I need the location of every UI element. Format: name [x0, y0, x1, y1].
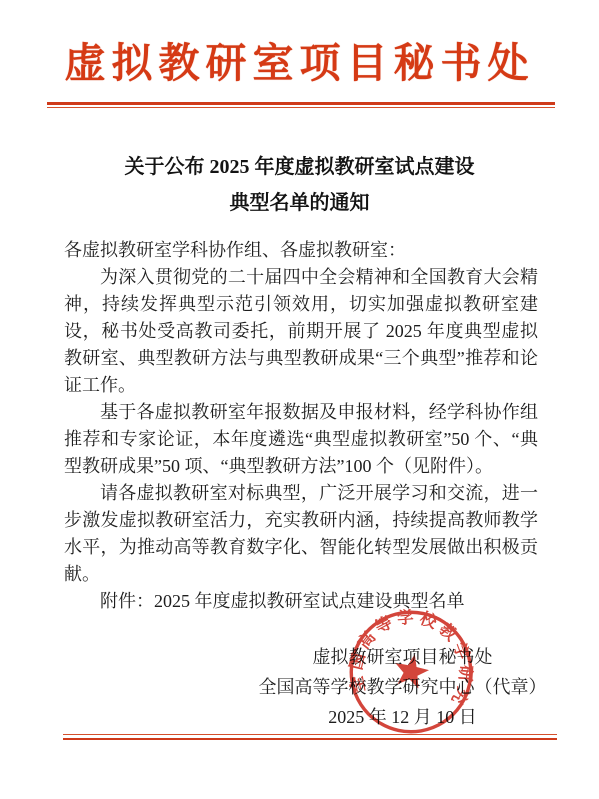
body-paragraph-2: 基于各虚拟教研室年报数据及申报材料，经学科协作组推荐和专家论证，本年度遴选“典型… [64, 399, 538, 480]
signature-org-line2: 全国高等学校教学研究中心（代章） [230, 672, 575, 702]
document-title: 关于公布 2025 年度虚拟教研室试点建设 典型名单的通知 [50, 149, 549, 221]
document-title-line1: 关于公布 2025 年度虚拟教研室试点建设 [125, 156, 475, 178]
footer-red-divider [63, 734, 557, 740]
body-paragraph-1: 为深入贯彻党的二十届四中全会精神和全国教育大会精神，持续发挥典型示范引领效用，切… [64, 264, 538, 399]
header-red-divider [47, 102, 555, 108]
document-page: 虚拟教研室项目秘书处 关于公布 2025 年度虚拟教研室试点建设 典型名单的通知… [0, 0, 599, 799]
signature-org-line1: 虚拟教研室项目秘书处 [230, 642, 575, 672]
document-body: 各虚拟教研室学科协作组、各虚拟教研室： 为深入贯彻党的二十届四中全会精神和全国教… [64, 237, 538, 615]
signature-date: 2025 年 12 月 10 日 [230, 702, 575, 732]
attachment-line: 附件：2025 年度虚拟教研室试点建设典型名单 [64, 588, 538, 615]
document-title-line2: 典型名单的通知 [230, 192, 370, 214]
signature-block: 虚拟教研室项目秘书处 全国高等学校教学研究中心（代章） 2025 年 12 月 … [230, 642, 575, 732]
letterhead-org-title: 虚拟教研室项目秘书处 [0, 30, 599, 89]
body-paragraph-3: 请各虚拟教研室对标典型，广泛开展学习和交流，进一步激发虚拟教研室活力，充实教研内… [64, 480, 538, 588]
salutation-line: 各虚拟教研室学科协作组、各虚拟教研室： [64, 237, 538, 264]
